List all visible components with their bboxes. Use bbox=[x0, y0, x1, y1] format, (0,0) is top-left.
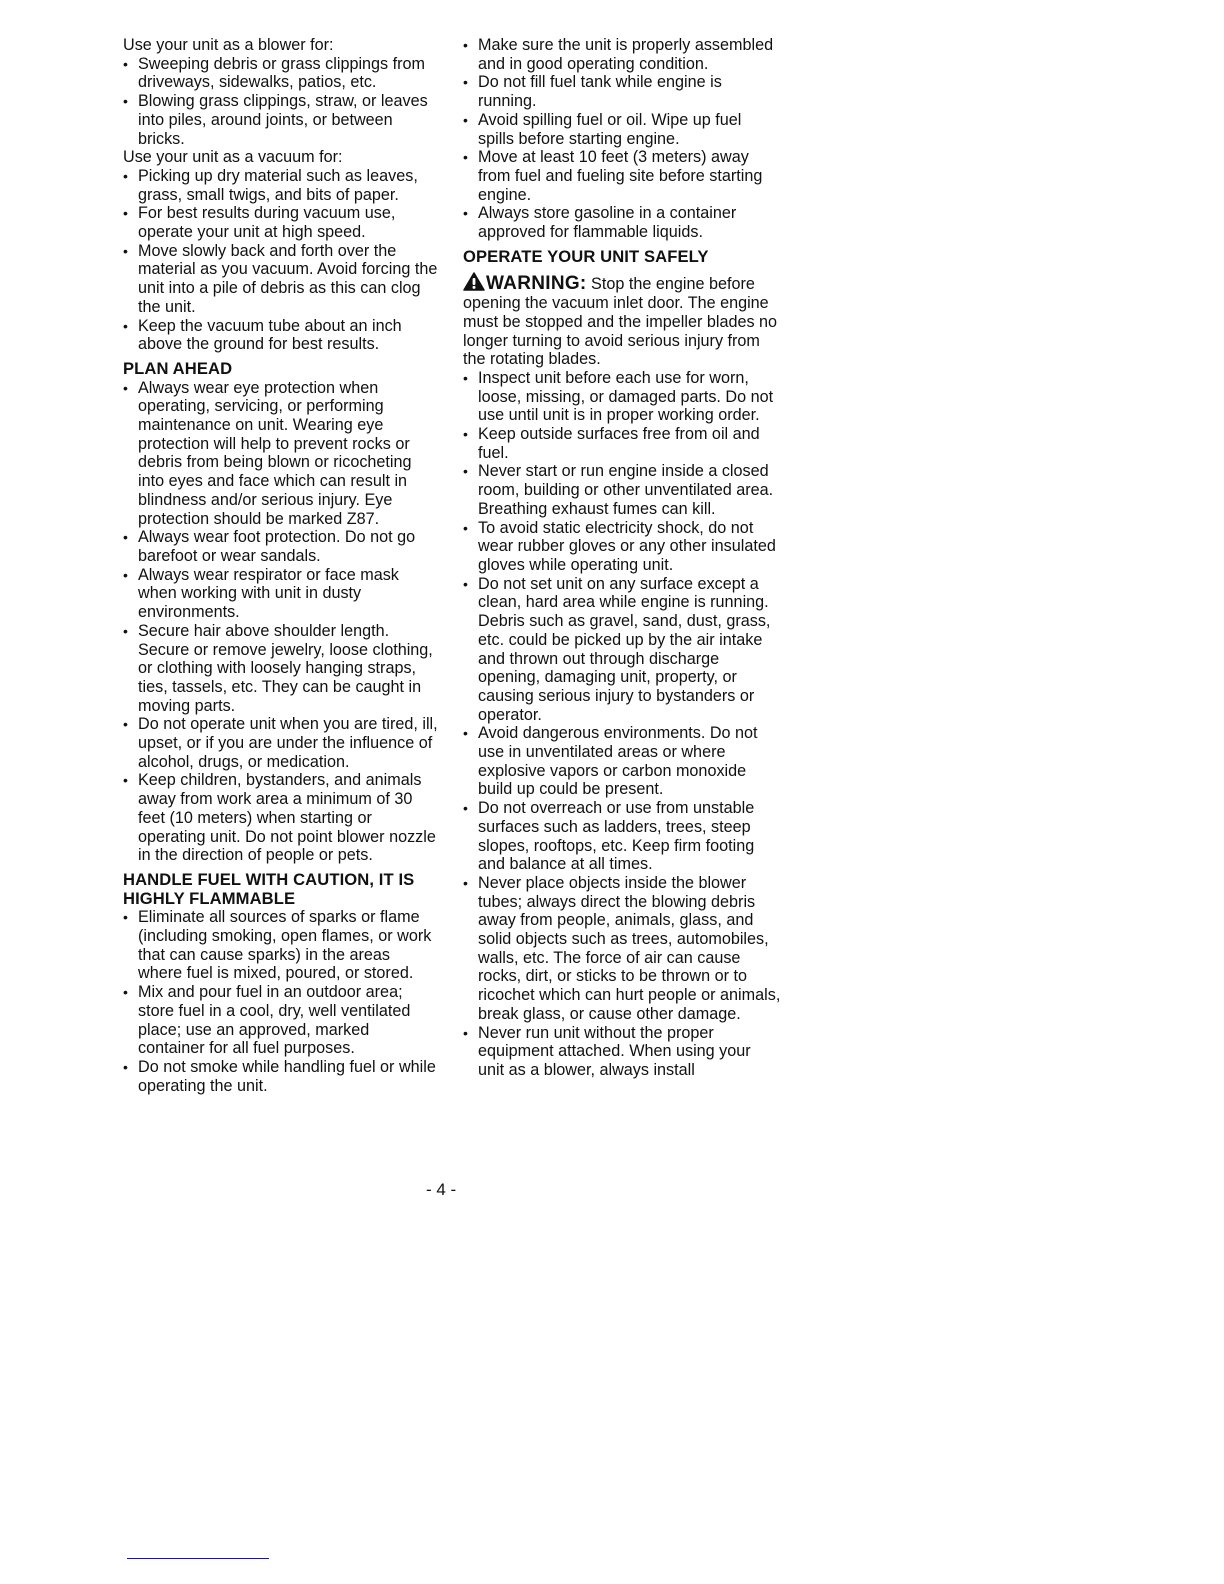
list-item: Sweeping debris or grass clippings from … bbox=[123, 55, 438, 92]
list-item: Always store gasoline in a container app… bbox=[463, 204, 781, 241]
plan-ahead-list: Always wear eye protection when operatin… bbox=[123, 379, 438, 865]
list-item: Eliminate all sources of sparks or flame… bbox=[123, 908, 438, 983]
vacuum-intro: Use your unit as a vacuum for: bbox=[123, 148, 438, 167]
handle-fuel-list: Eliminate all sources of sparks or flame… bbox=[123, 908, 438, 1095]
list-item: Do not smoke while handling fuel or whil… bbox=[123, 1058, 438, 1095]
list-item: Do not operate unit when you are tired, … bbox=[123, 715, 438, 771]
page-number: - 4 - bbox=[426, 1180, 456, 1200]
blower-list: Sweeping debris or grass clippings from … bbox=[123, 55, 438, 149]
plan-ahead-heading: PLAN AHEAD bbox=[123, 360, 438, 379]
list-item: Keep the vacuum tube about an inch above… bbox=[123, 317, 438, 354]
warning-triangle-icon bbox=[463, 272, 485, 291]
list-item: Secure hair above shoulder length. Secur… bbox=[123, 622, 438, 716]
list-item: Picking up dry material such as leaves, … bbox=[123, 167, 438, 204]
list-item: Do not set unit on any surface except a … bbox=[463, 575, 781, 725]
warning-label: WARNING: bbox=[486, 273, 587, 294]
list-item: Inspect unit before each use for worn, l… bbox=[463, 369, 781, 425]
list-item: Avoid dangerous environments. Do not use… bbox=[463, 724, 781, 799]
list-item: Do not fill fuel tank while engine is ru… bbox=[463, 73, 781, 110]
list-item: Always wear eye protection when operatin… bbox=[123, 379, 438, 529]
operate-safely-list: Inspect unit before each use for worn, l… bbox=[463, 369, 781, 1080]
list-item: Make sure the unit is properly assembled… bbox=[463, 36, 781, 73]
list-item: For best results during vacuum use, oper… bbox=[123, 204, 438, 241]
list-item: To avoid static electricity shock, do no… bbox=[463, 519, 781, 575]
list-item: Move slowly back and forth over the mate… bbox=[123, 242, 438, 317]
warning-paragraph: WARNING: Stop the engine before opening … bbox=[463, 272, 781, 369]
footnote-rule bbox=[127, 1558, 269, 1559]
list-item: Move at least 10 feet (3 meters) away fr… bbox=[463, 148, 781, 204]
list-item: Always wear respirator or face mask when… bbox=[123, 566, 438, 622]
right-column: Make sure the unit is properly assembled… bbox=[463, 36, 781, 1080]
list-item: Mix and pour fuel in an outdoor area; st… bbox=[123, 983, 438, 1058]
vacuum-list: Picking up dry material such as leaves, … bbox=[123, 167, 438, 354]
list-item: Never place objects inside the blower tu… bbox=[463, 874, 781, 1024]
list-item: Keep outside surfaces free from oil and … bbox=[463, 425, 781, 462]
list-item: Avoid spilling fuel or oil. Wipe up fuel… bbox=[463, 111, 781, 148]
list-item: Never run unit without the proper equipm… bbox=[463, 1024, 781, 1080]
list-item: Keep children, bystanders, and animals a… bbox=[123, 771, 438, 865]
list-item: Blowing grass clippings, straw, or leave… bbox=[123, 92, 438, 148]
fuel-list-continued: Make sure the unit is properly assembled… bbox=[463, 36, 781, 242]
left-column: Use your unit as a blower for: Sweeping … bbox=[123, 36, 438, 1095]
handle-fuel-heading: HANDLE FUEL WITH CAUTION, IT IS HIGHLY F… bbox=[123, 871, 438, 908]
blower-intro: Use your unit as a blower for: bbox=[123, 36, 438, 55]
operate-safely-heading: OPERATE YOUR UNIT SAFELY bbox=[463, 248, 781, 267]
list-item: Never start or run engine inside a close… bbox=[463, 462, 781, 518]
list-item: Always wear foot protection. Do not go b… bbox=[123, 528, 438, 565]
list-item: Do not overreach or use from unstable su… bbox=[463, 799, 781, 874]
